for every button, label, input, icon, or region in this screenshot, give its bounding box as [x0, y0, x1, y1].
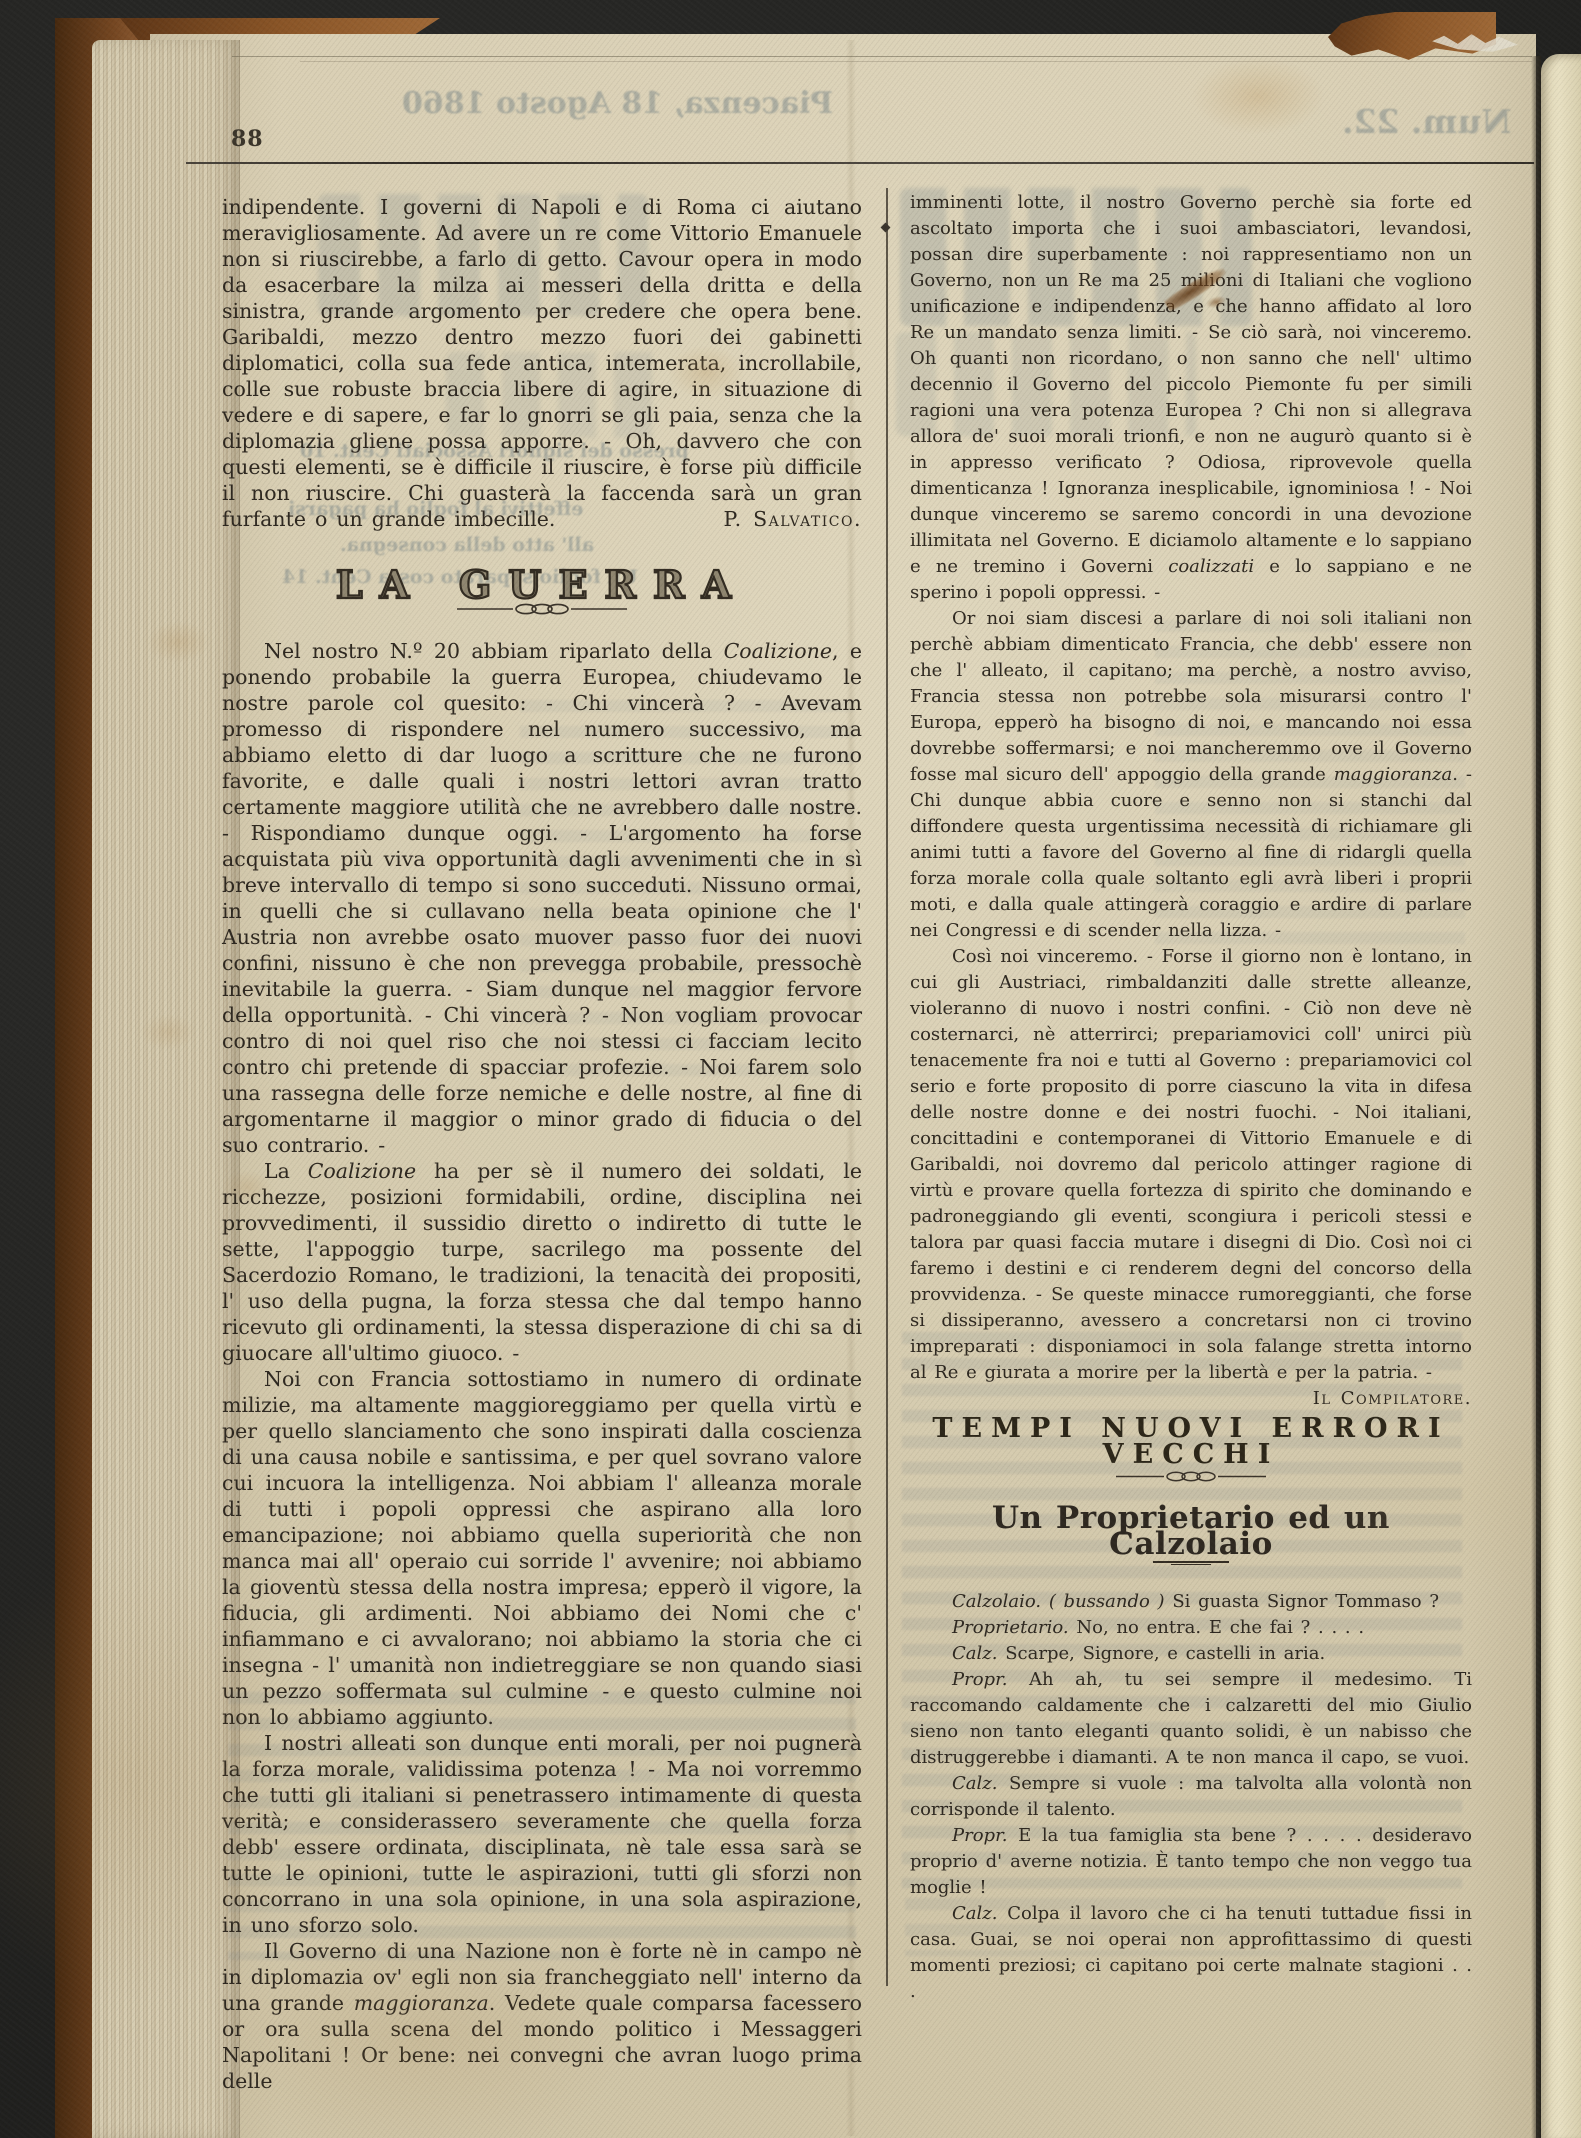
stage-direction: ( bussando )	[1049, 1591, 1165, 1612]
page-content: indipendente. I governi di Napoli e di R…	[222, 190, 1472, 2000]
right-column: imminenti lotte, il nostro Governo perch…	[910, 190, 1472, 2005]
subtitle-rule	[1153, 1561, 1229, 1569]
guerra-paragraph: Così noi vinceremo. - Forse il giorno no…	[910, 944, 1472, 1386]
chain-ornament	[1116, 1470, 1266, 1483]
speaker-name: Calz.	[952, 1903, 997, 1924]
proprietario-subtitle: Un Proprietario ed un Calzolaio	[910, 1505, 1472, 1557]
scanned-newspaper-page: Piacenza, 18 Agosto 1860 Num. 22. presso…	[0, 0, 1581, 2138]
guerra-paragraph: Noi con Francia sottostiamo in numero di…	[222, 1366, 862, 1730]
dialog-line: Proprietario. No, no entra. E che fai ? …	[910, 1615, 1472, 1641]
left-column: indipendente. I governi di Napoli e di R…	[222, 194, 862, 2094]
guerra-title: LA GUERRA	[222, 572, 862, 598]
speaker-name: Propr.	[952, 1825, 1007, 1846]
speaker-name: Calz.	[952, 1773, 997, 1794]
salvatico-signature: P. Salvatico.	[709, 506, 862, 532]
guerra-paragraph: La Coalizione ha per sè il numero dei so…	[222, 1158, 862, 1366]
dialog-line: Propr. E la tua famiglia sta bene ? . . …	[910, 1823, 1472, 1901]
dialog-text: No, no entra. E che fai ? . . . .	[1076, 1617, 1364, 1638]
bleed-issue-number: Num. 22.	[1342, 102, 1511, 141]
speaker-name: Proprietario.	[952, 1617, 1069, 1638]
header-rule	[186, 162, 1534, 164]
page-number: 88	[231, 126, 264, 152]
bleed-dateline: Piacenza, 18 Agosto 1860	[402, 86, 833, 121]
compilatore-signature: Il Compilatore.	[1299, 1386, 1472, 1412]
dialog-line: Calz. Scarpe, Signore, e castelli in ari…	[910, 1641, 1472, 1667]
page-top-edge-line	[232, 56, 1532, 57]
guerra-paragraph: Nel nostro N.º 20 abbiam riparlato della…	[222, 638, 862, 1158]
dialog-text: Scarpe, Signore, e castelli in aria.	[1005, 1643, 1325, 1664]
guerra-paragraph: I nostri alleati son dunque enti morali,…	[222, 1730, 862, 1938]
dialog-line: Propr. Ah ah, tu sei sempre il medesimo.…	[910, 1667, 1472, 1771]
tempi-title: TEMPI NUOVI ERRORI VECCHI	[910, 1416, 1472, 1468]
dialog-line: Calz. Colpa il lavoro che ci ha tenuti t…	[910, 1901, 1472, 2005]
guerra-paragraph: Il Governo di una Nazione non è forte nè…	[222, 1938, 862, 2094]
page-edge-stack	[92, 40, 240, 2138]
continuation-paragraph: indipendente. I governi di Napoli e di R…	[222, 194, 862, 532]
continuation-text: indipendente. I governi di Napoli e di R…	[222, 195, 862, 531]
guerra-paragraph: imminenti lotte, il nostro Governo perch…	[910, 190, 1472, 606]
page-top-edge-line2	[300, 61, 1532, 62]
speaker-name: Propr.	[952, 1669, 1007, 1690]
dialog-text: Si guasta Signor Tommaso ?	[1172, 1591, 1439, 1612]
guerra-paragraph-text: Così noi vinceremo. - Forse il giorno no…	[910, 946, 1472, 1383]
next-page-edge	[1541, 54, 1581, 2138]
dialog-line: Calzolaio. ( bussando ) Si guasta Signor…	[910, 1589, 1472, 1615]
speaker-name: Calz.	[952, 1643, 997, 1664]
dialog-line: Calz. Sempre si vuole : ma talvolta alla…	[910, 1771, 1472, 1823]
page-gap-shadow	[1531, 56, 1541, 2138]
speaker-name: Calzolaio.	[952, 1591, 1041, 1612]
guerra-paragraph: Or noi siam discesi a parlare di noi sol…	[910, 606, 1472, 944]
